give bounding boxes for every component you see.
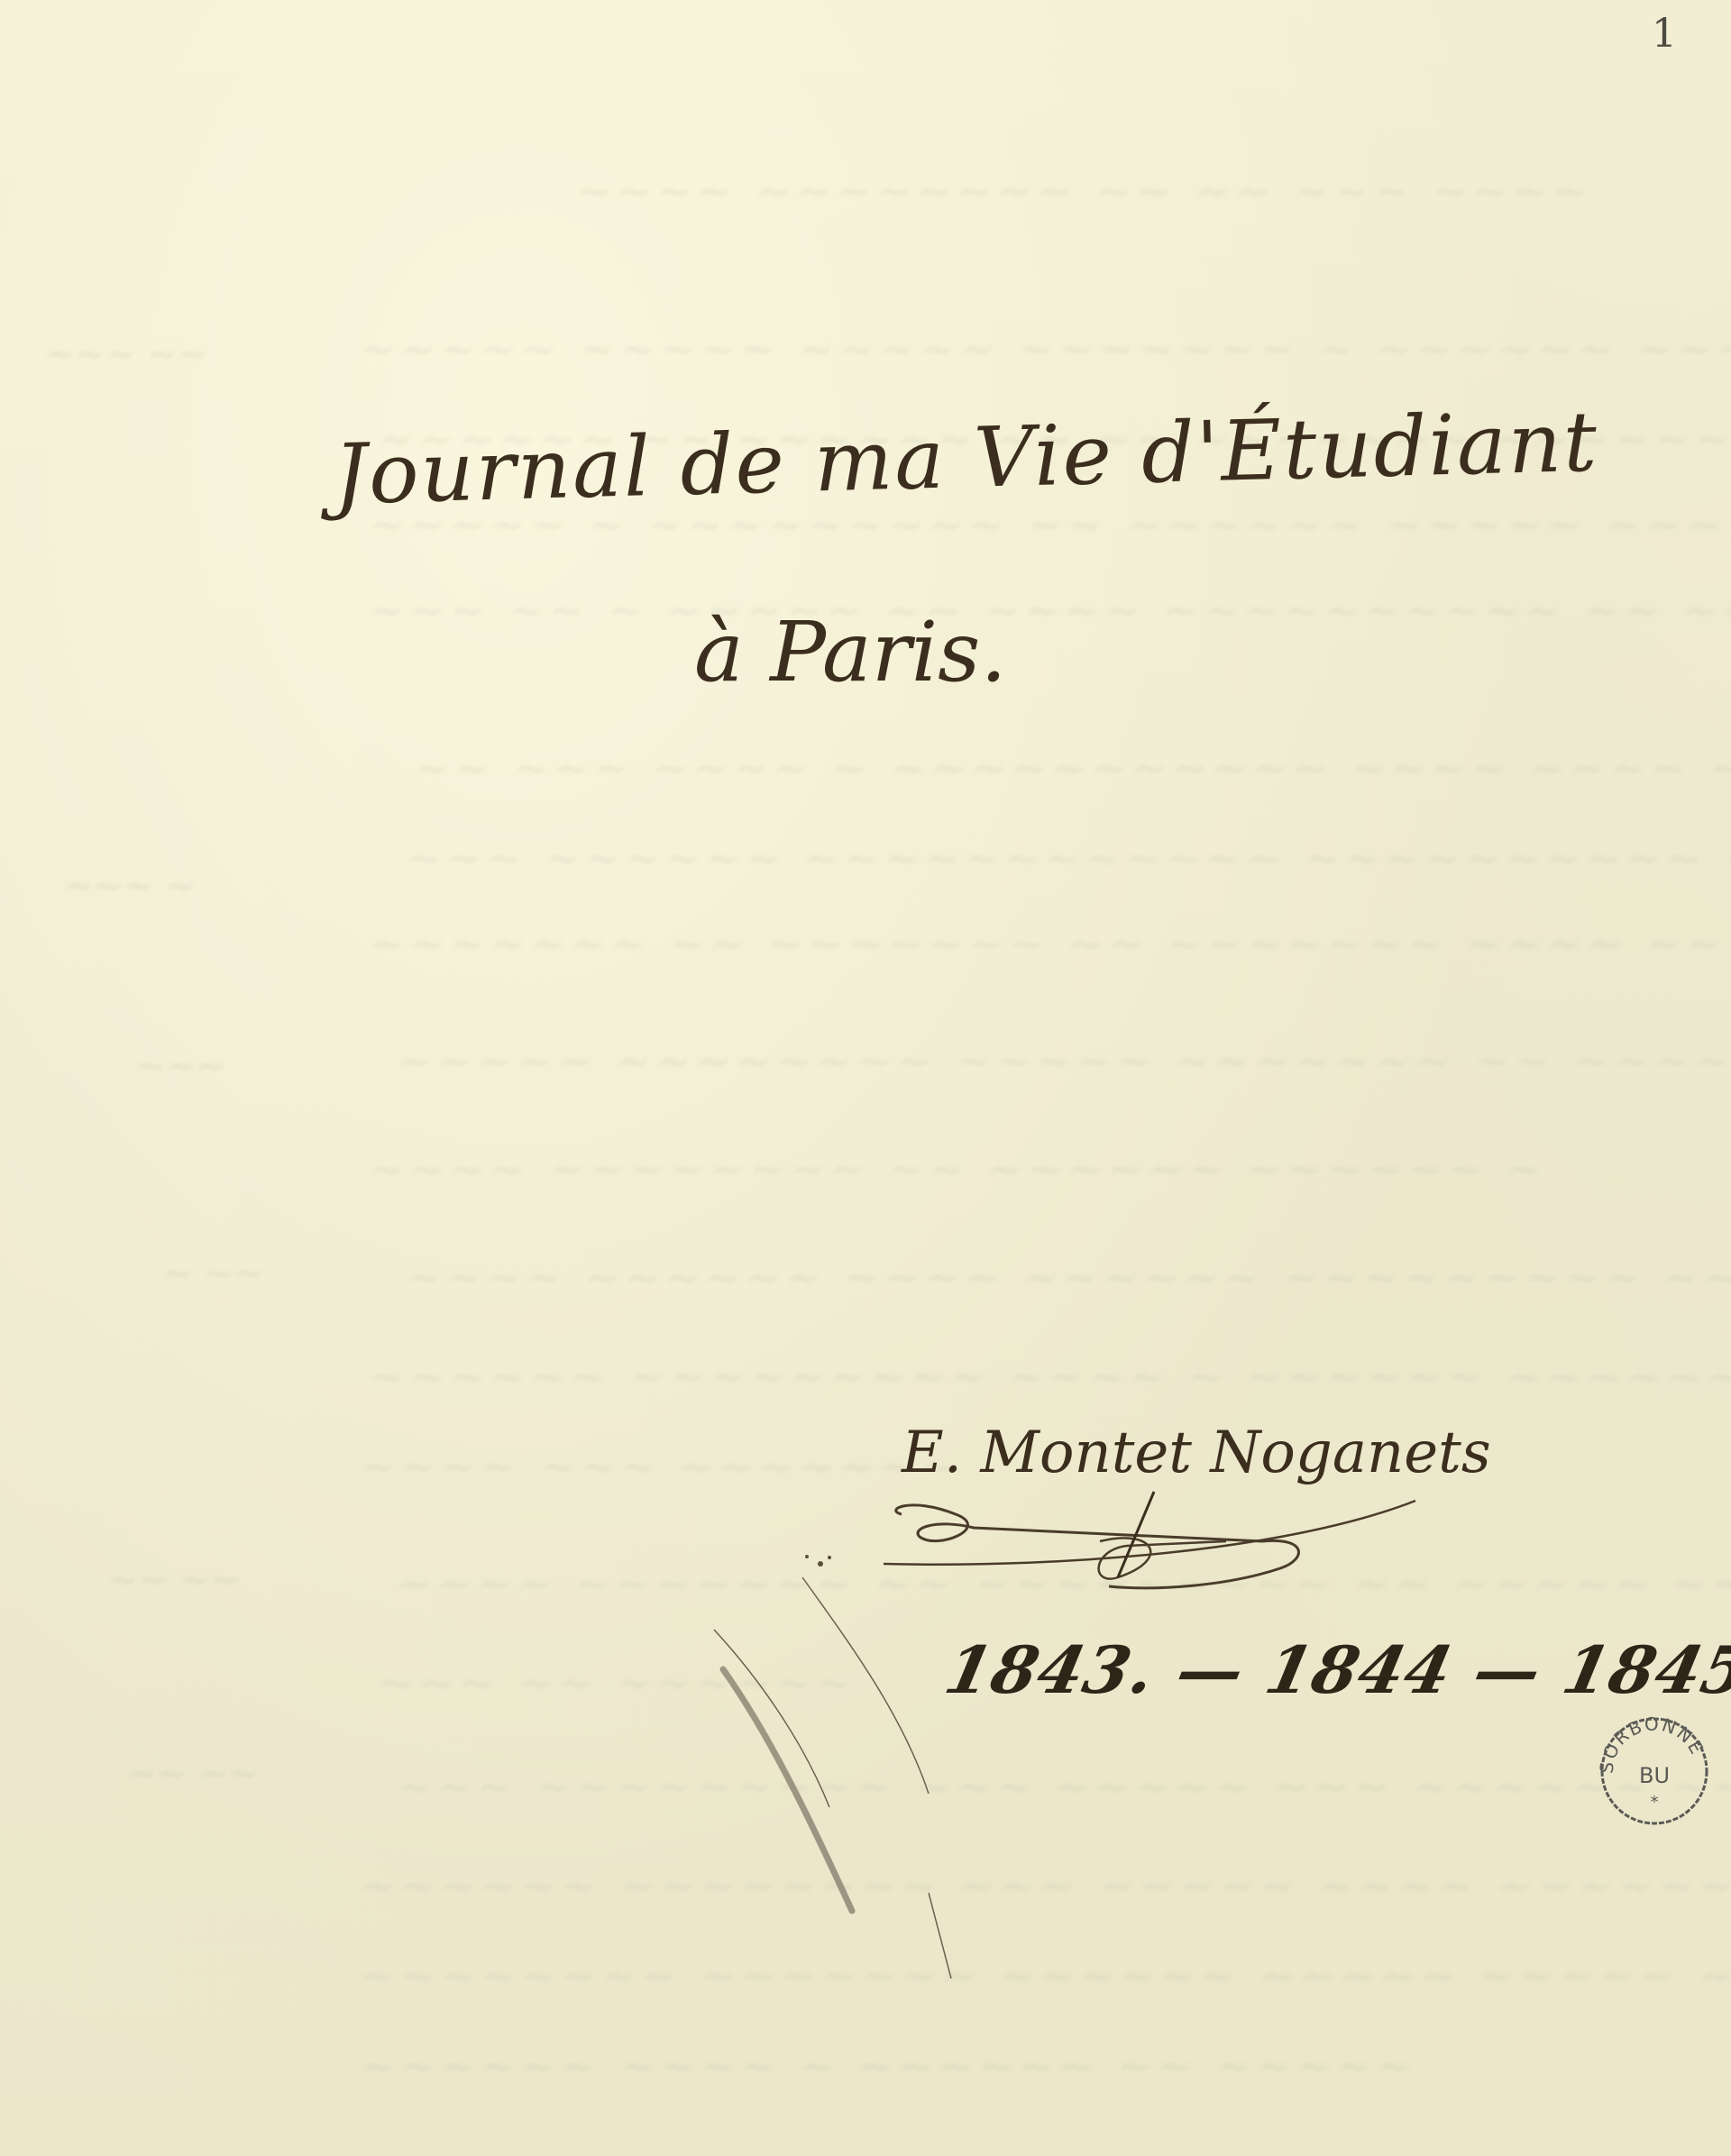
bleed-through-line: ~~~~~~ ~~~~ ~ ~~~~~~ ~~ ~~~~~ <box>361 2042 1731 2090</box>
bleed-through-margin: ~~~ ~~ <box>45 333 207 375</box>
bleed-through-margin: ~~ ~~ <box>126 1753 259 1795</box>
bleed-through-line: ~~~ ~~~~~~ ~~~~~~~~~~~~ ~~~~~~~~~~ ~~~~~… <box>406 834 1731 882</box>
bleed-through-margin: ~~~ <box>135 1046 226 1087</box>
bleed-through-line: ~~~ ~~~~~~~~~ ~~~ ~~~~~ ~~~ ~~~~~~ ~~ ~~… <box>397 1762 1731 1811</box>
years-range: 1843. — 1844 — 1845 — 1846. <box>939 1631 1731 1708</box>
pen-stroke-marks-icon <box>685 1532 1010 1983</box>
bleed-through-margin: ~ ~~ <box>162 1253 264 1294</box>
bleed-through-line: ~~~~~ ~~~~~ ~~~~~ ~~~~~~~ ~ ~~~~~~ ~~~ ~… <box>361 324 1731 373</box>
bleed-through-line: ~~~ ~~ ~ ~~~~~ ~~ ~~~~ ~~~~~~~~~~ ~~ ~~~… <box>370 586 1731 635</box>
bleed-through-line: ~~~~ ~~~~~~~~ ~~ ~~~~~~ ~~~~~~ ~ <box>370 1145 1731 1193</box>
manuscript-page: ~~~~ ~~~~~~~~ ~~ ~~ ~~~ ~~~~ ~~~~~ ~~~~~… <box>0 0 1731 2156</box>
bleed-through-line: ~~~~~~ ~~~~~~~~ ~~~ ~~~~~ ~~~~ ~~~~~~ ~~… <box>361 1861 1731 1910</box>
svg-text:*: * <box>1651 1793 1659 1812</box>
bleed-through-margin: ~~ ~~ <box>108 1559 241 1601</box>
bleed-through-line: ~~~~~~~~ ~~~~~~~ ~~~~~~ ~~~~~ ~~~~~ ~~ ~… <box>361 1951 1731 2000</box>
bleed-through-line: ~~~~ ~~~~~~ ~~~~ ~~~~~~ ~~~~~~~~~ ~~~~ ~… <box>406 1253 1731 1302</box>
sorbonne-library-stamp-icon: SORBONNE BU * <box>1596 1713 1713 1830</box>
bleed-through-line: ~~~~~~ ~~~~~~~~~ ~~~~ ~ ~~~~~~ ~~~~~~~~~… <box>370 1352 1731 1401</box>
bleed-through-line: ~~ ~~~ ~~~~ ~ ~~~~~~~~~~~ ~~~~ ~~~~ ~ ~~… <box>415 744 1731 792</box>
bleed-through-line: ~~~~~~~ ~~ ~~~~~~~ ~~ ~~~~~~~ ~~~~ ~~~~~… <box>370 919 1731 968</box>
page-number: 1 <box>1652 11 1677 57</box>
signature: E. Montet Noganets <box>902 1420 1491 1486</box>
bleed-through-line: ~~~~ ~~~~~~~~ ~~ ~~ ~~~ ~~~~ <box>577 167 1731 215</box>
stamp-center-text: BU <box>1639 1763 1670 1788</box>
bleed-through-line: ~~~~~ ~~~~~~~~ ~~~~~ ~~~~~~~ ~~ ~~~~~ ~~… <box>397 1037 1731 1085</box>
bleed-through-margin: ~~~ ~ <box>63 865 196 907</box>
title-line-2: à Paris. <box>694 604 1007 700</box>
